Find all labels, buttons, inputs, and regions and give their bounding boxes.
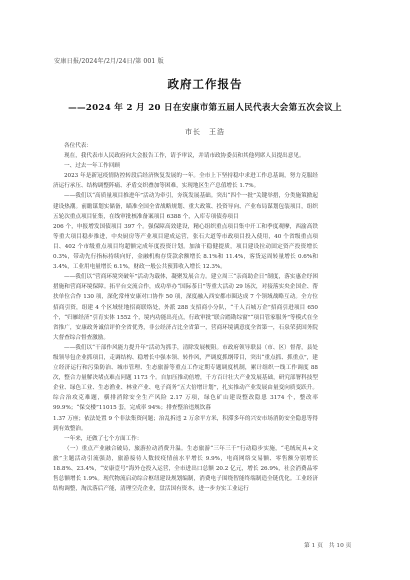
newspaper-source-line: 安康日报/2024年/2月/24日/第 001 版 [54, 56, 164, 65]
paragraph: ——我们以“干部作风能力提升年”活动为抓手，清除发展梗阻。市政府领导联县（市、区… [53, 343, 318, 414]
section-heading: 一、过去一年工作回顾 [53, 161, 318, 171]
paragraph: 一年来，还做了七个方面工作： [53, 434, 318, 444]
paragraph: ——我们以“高质量项目推进年”活动为牵引，夯筑发展基础。突出“四个一批”关键举措… [53, 191, 318, 221]
document-page: 安康日报/2024年/2月/24日/第 001 版 政府工作报告 ——2024 … [0, 0, 410, 580]
paragraph: 206 个，申报增发国债项目 397 个。强保障高效建设，精心组织重点项目集中开… [53, 222, 318, 272]
paragraph: 1.37 万座；依法处置 9 个非法集资问题；治乱拆违 2 万余平方米，积滞多年… [53, 414, 318, 434]
paragraph-salutation: 各位代表： [53, 141, 318, 151]
paragraph-intro: 现在，我代表市人民政府向大会报告工作，请予审议，并请市政协委员和其他列席人员提出… [53, 151, 318, 161]
paragraph: 2023 年是新冠疫情防控转段后经济恢复发展的一年。全市上下坚持稳中求进工作总基… [53, 171, 318, 191]
report-subtitle: ——2024 年 2 月 20 日在安康市第五届人民代表大会第五次会议上 [0, 101, 410, 113]
report-author: 市长 王浩 [0, 127, 410, 137]
paragraph: （一）重点产业融合破局，旅游拉动消费升温。生态旅游“三年三千”行动稳步实施，“毛… [53, 444, 318, 494]
report-body: 各位代表： 现在，我代表市人民政府向大会报告工作，请予审议，并请市政协委员和其他… [53, 141, 318, 494]
paragraph: ——我们以“营商环境突破年”活动为载体，凝聚发展合力。建立周三“亲商助企日”制度… [53, 272, 318, 343]
report-title: 政府工作报告 [0, 76, 410, 92]
page-number: 第 1 页 共 10 页 [304, 540, 351, 549]
